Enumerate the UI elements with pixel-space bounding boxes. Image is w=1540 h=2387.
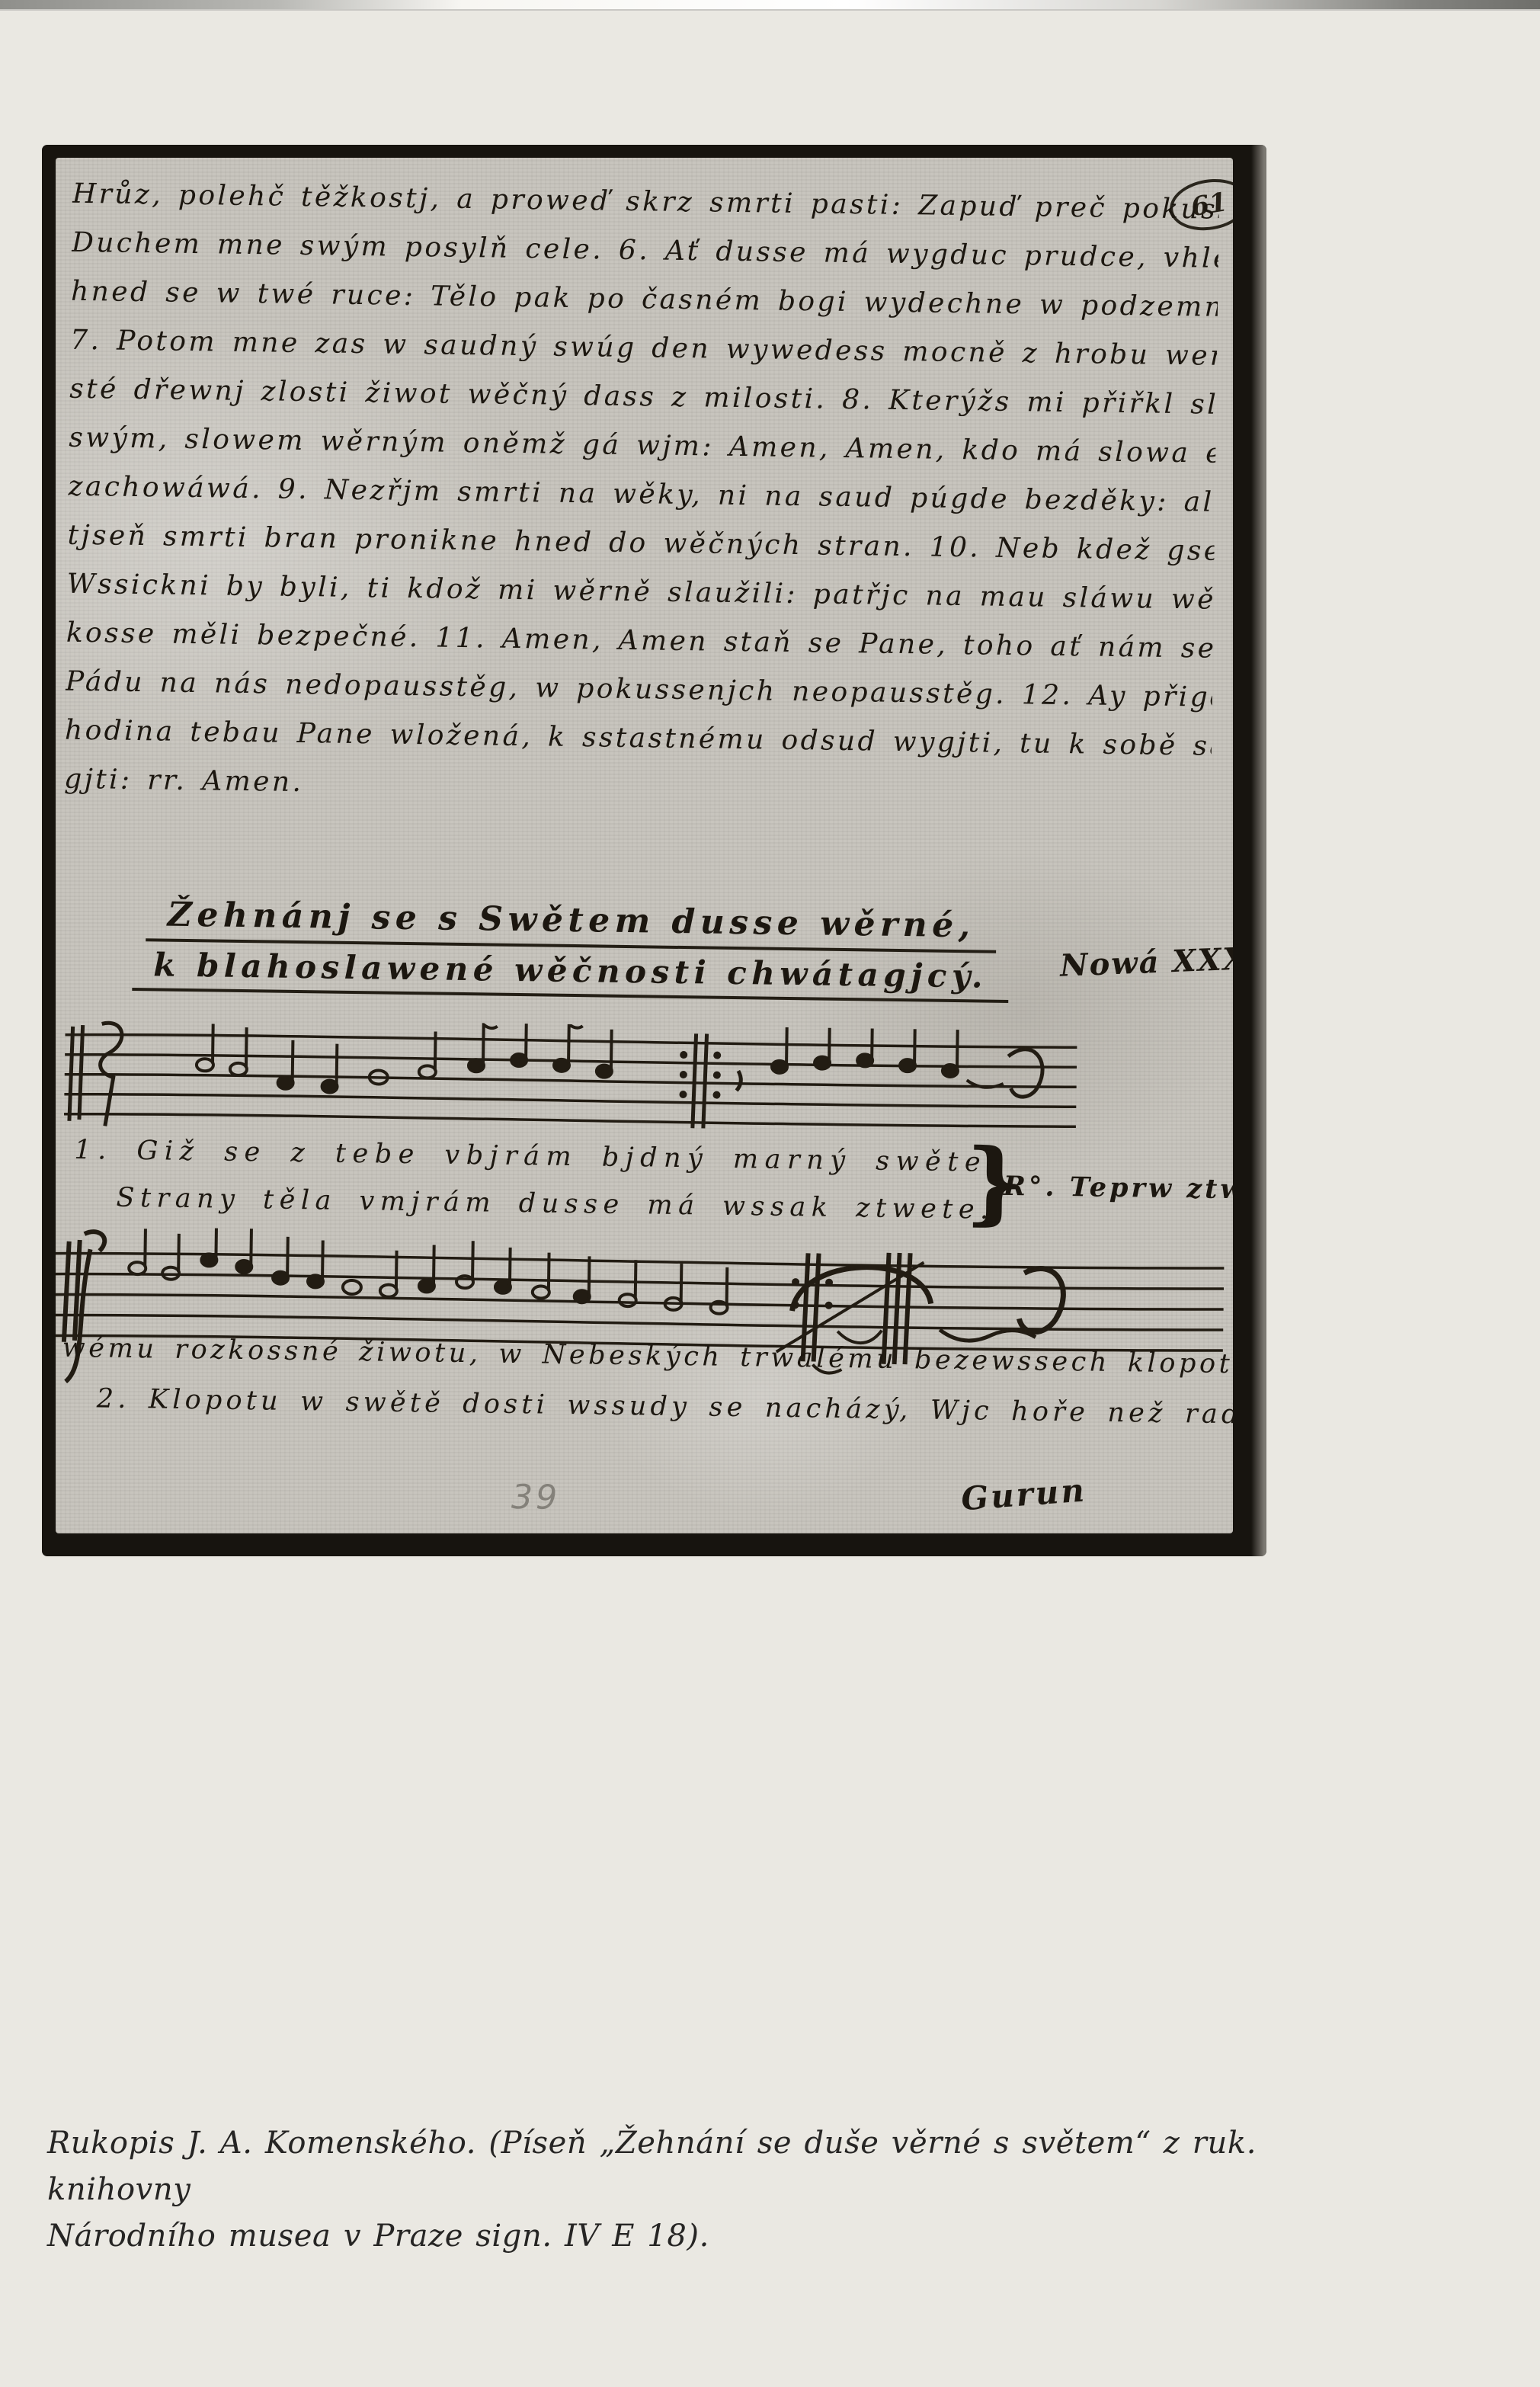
figure-caption: Rukopis J. A. Komenského. (Píseň „Žehnán… bbox=[47, 2120, 1358, 2260]
refrain-mark: R°. Teprw ztwete k prw, bbox=[1004, 1171, 1233, 1208]
catchword: Gurun bbox=[960, 1471, 1088, 1517]
page-scan-edge bbox=[0, 0, 1540, 11]
caption-line-1: Rukopis J. A. Komenského. (Píseň „Žehnán… bbox=[47, 2120, 1358, 2213]
music-staff-1 bbox=[56, 1017, 1096, 1152]
side-note-nova: Nowá XXX· bbox=[1059, 940, 1233, 984]
manuscript-content: 61 Hrůz, polehč těžkostj, a proweď skrz … bbox=[56, 158, 1233, 1533]
pencil-page-number: 39 bbox=[511, 1478, 561, 1517]
manuscript-paper: 61 Hrůz, polehč těžkostj, a proweď skrz … bbox=[56, 158, 1233, 1533]
book-page: 61 Hrůz, polehč těžkostj, a proweď skrz … bbox=[0, 0, 1540, 2387]
hymn-text-block: Hrůz, polehč těžkostj, a proweď skrz smr… bbox=[64, 170, 1219, 820]
verse-1-line-2: Strany těla vmjrám dusse má wssak ztwete… bbox=[116, 1183, 994, 1226]
caption-line-2: Národního musea v Praze sign. IV E 18). bbox=[47, 2213, 1358, 2260]
manuscript-photo: 61 Hrůz, polehč těžkostj, a proweď skrz … bbox=[42, 145, 1266, 1556]
song-title-line-1: Žehnánj se s Swětem dusse wěrné, bbox=[146, 895, 997, 953]
photo-right-edge bbox=[1251, 145, 1266, 1556]
song-title: Žehnánj se s Swětem dusse wěrné, k blaho… bbox=[56, 893, 1097, 1004]
song-title-line-2: k blahoslawené wěčnosti chwátagjcý. bbox=[132, 946, 1010, 1003]
